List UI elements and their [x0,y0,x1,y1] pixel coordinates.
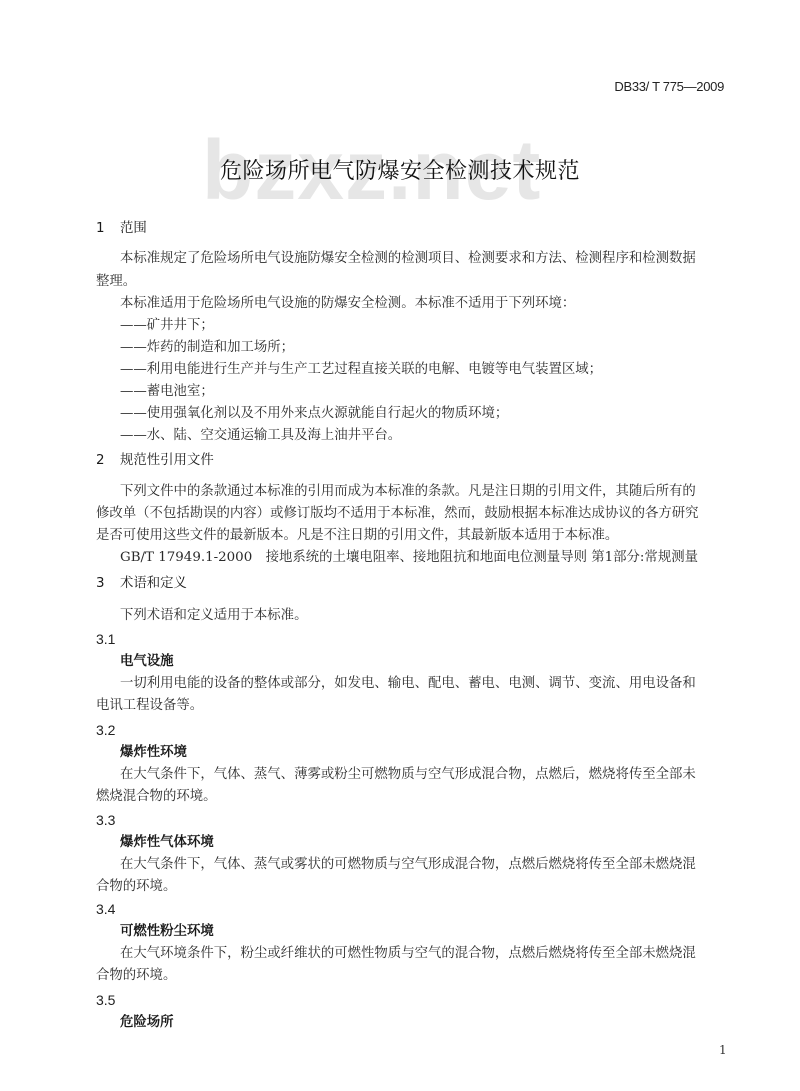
list-item: ——矿井井下； [120,316,214,336]
term-definition: 合物的环境。 [96,877,176,897]
clause-number: 3.4 [96,899,115,919]
clause-number: 3.5 [96,990,115,1010]
paragraph: 是否可使用这些文件的最新版本。凡是不注日期的引用文件，其最新版本适用于本标准。 [96,526,618,546]
paragraph: 修改单（不包括勘误的内容）或修订版均不适用于本标准，然而，鼓励根据本标准达成协议… [96,504,699,524]
term-definition: 在大气条件下，气体、蒸气、薄雾或粉尘可燃物质与空气形成混合物，点燃后，燃烧将传至… [120,765,696,785]
section-2-heading: 2规范性引用文件 [96,451,214,471]
term-heading: 爆炸性环境 [120,743,187,763]
term-definition: 合物的环境。 [96,966,176,986]
section-3-heading: 3术语和定义 [96,574,187,594]
section-title: 术语和定义 [120,576,187,591]
section-number: 1 [96,219,120,239]
paragraph: 本标准规定了危险场所电气设施防爆安全检测的检测项目、检测要求和方法、检测程序和检… [120,249,696,269]
section-title: 范围 [120,221,147,236]
term-definition: 在大气条件下，气体、蒸气或雾状的可燃物质与空气形成混合物，点燃后燃烧将传至全部未… [120,855,696,875]
clause-number: 3.2 [96,720,115,740]
page-number: 1 [719,1043,727,1057]
list-item: ——水、陆、空交通运输工具及海上油井平台。 [120,426,401,446]
section-1-heading: 1范围 [96,219,147,239]
term-definition: 在大气环境条件下，粉尘或纤维状的可燃性物质与空气的混合物，点燃后燃烧将传至全部未… [120,944,696,964]
document-title: 危险场所电气防爆安全检测技术规范 [0,154,800,185]
paragraph: 本标准适用于危险场所电气设施的防爆安全检测。本标准不适用于下列环境： [120,294,575,314]
term-definition: 电讯工程设备等。 [96,696,203,716]
term-definition: 燃烧混合物的环境。 [96,787,217,807]
paragraph: 整理。 [96,272,136,292]
paragraph: 下列术语和定义适用于本标准。 [120,606,307,626]
section-title: 规范性引用文件 [120,453,214,468]
section-number: 3 [96,574,120,594]
list-item: ——炸药的制造和加工场所； [120,338,294,358]
section-number: 2 [96,451,120,471]
standard-number: DB33/ T 775—2009 [614,79,724,94]
list-item: ——使用强氧化剂以及不用外来点火源就能自行起火的物质环境； [120,404,508,424]
paragraph: 下列文件中的条款通过本标准的引用而成为本标准的条款。凡是注日期的引用文件，其随后… [120,482,696,502]
clause-number: 3.1 [96,629,115,649]
term-heading: 电气设施 [120,652,174,672]
list-item: ——蓄电池室； [120,382,214,402]
reference-item: GB/T 17949.1-2000 接地系统的土壤电阻率、接地阻抗和地面电位测量… [120,548,698,568]
term-heading: 危险场所 [120,1013,174,1033]
list-item: ——利用电能进行生产并与生产工艺过程直接关联的电解、电镀等电气装置区域； [120,360,602,380]
term-heading: 爆炸性气体环境 [120,833,214,853]
clause-number: 3.3 [96,810,115,830]
term-heading: 可燃性粉尘环境 [120,922,214,942]
term-definition: 一切利用电能的设备的整体或部分，如发电、输电、配电、蓄电、电测、调节、变流、用电… [120,674,696,694]
